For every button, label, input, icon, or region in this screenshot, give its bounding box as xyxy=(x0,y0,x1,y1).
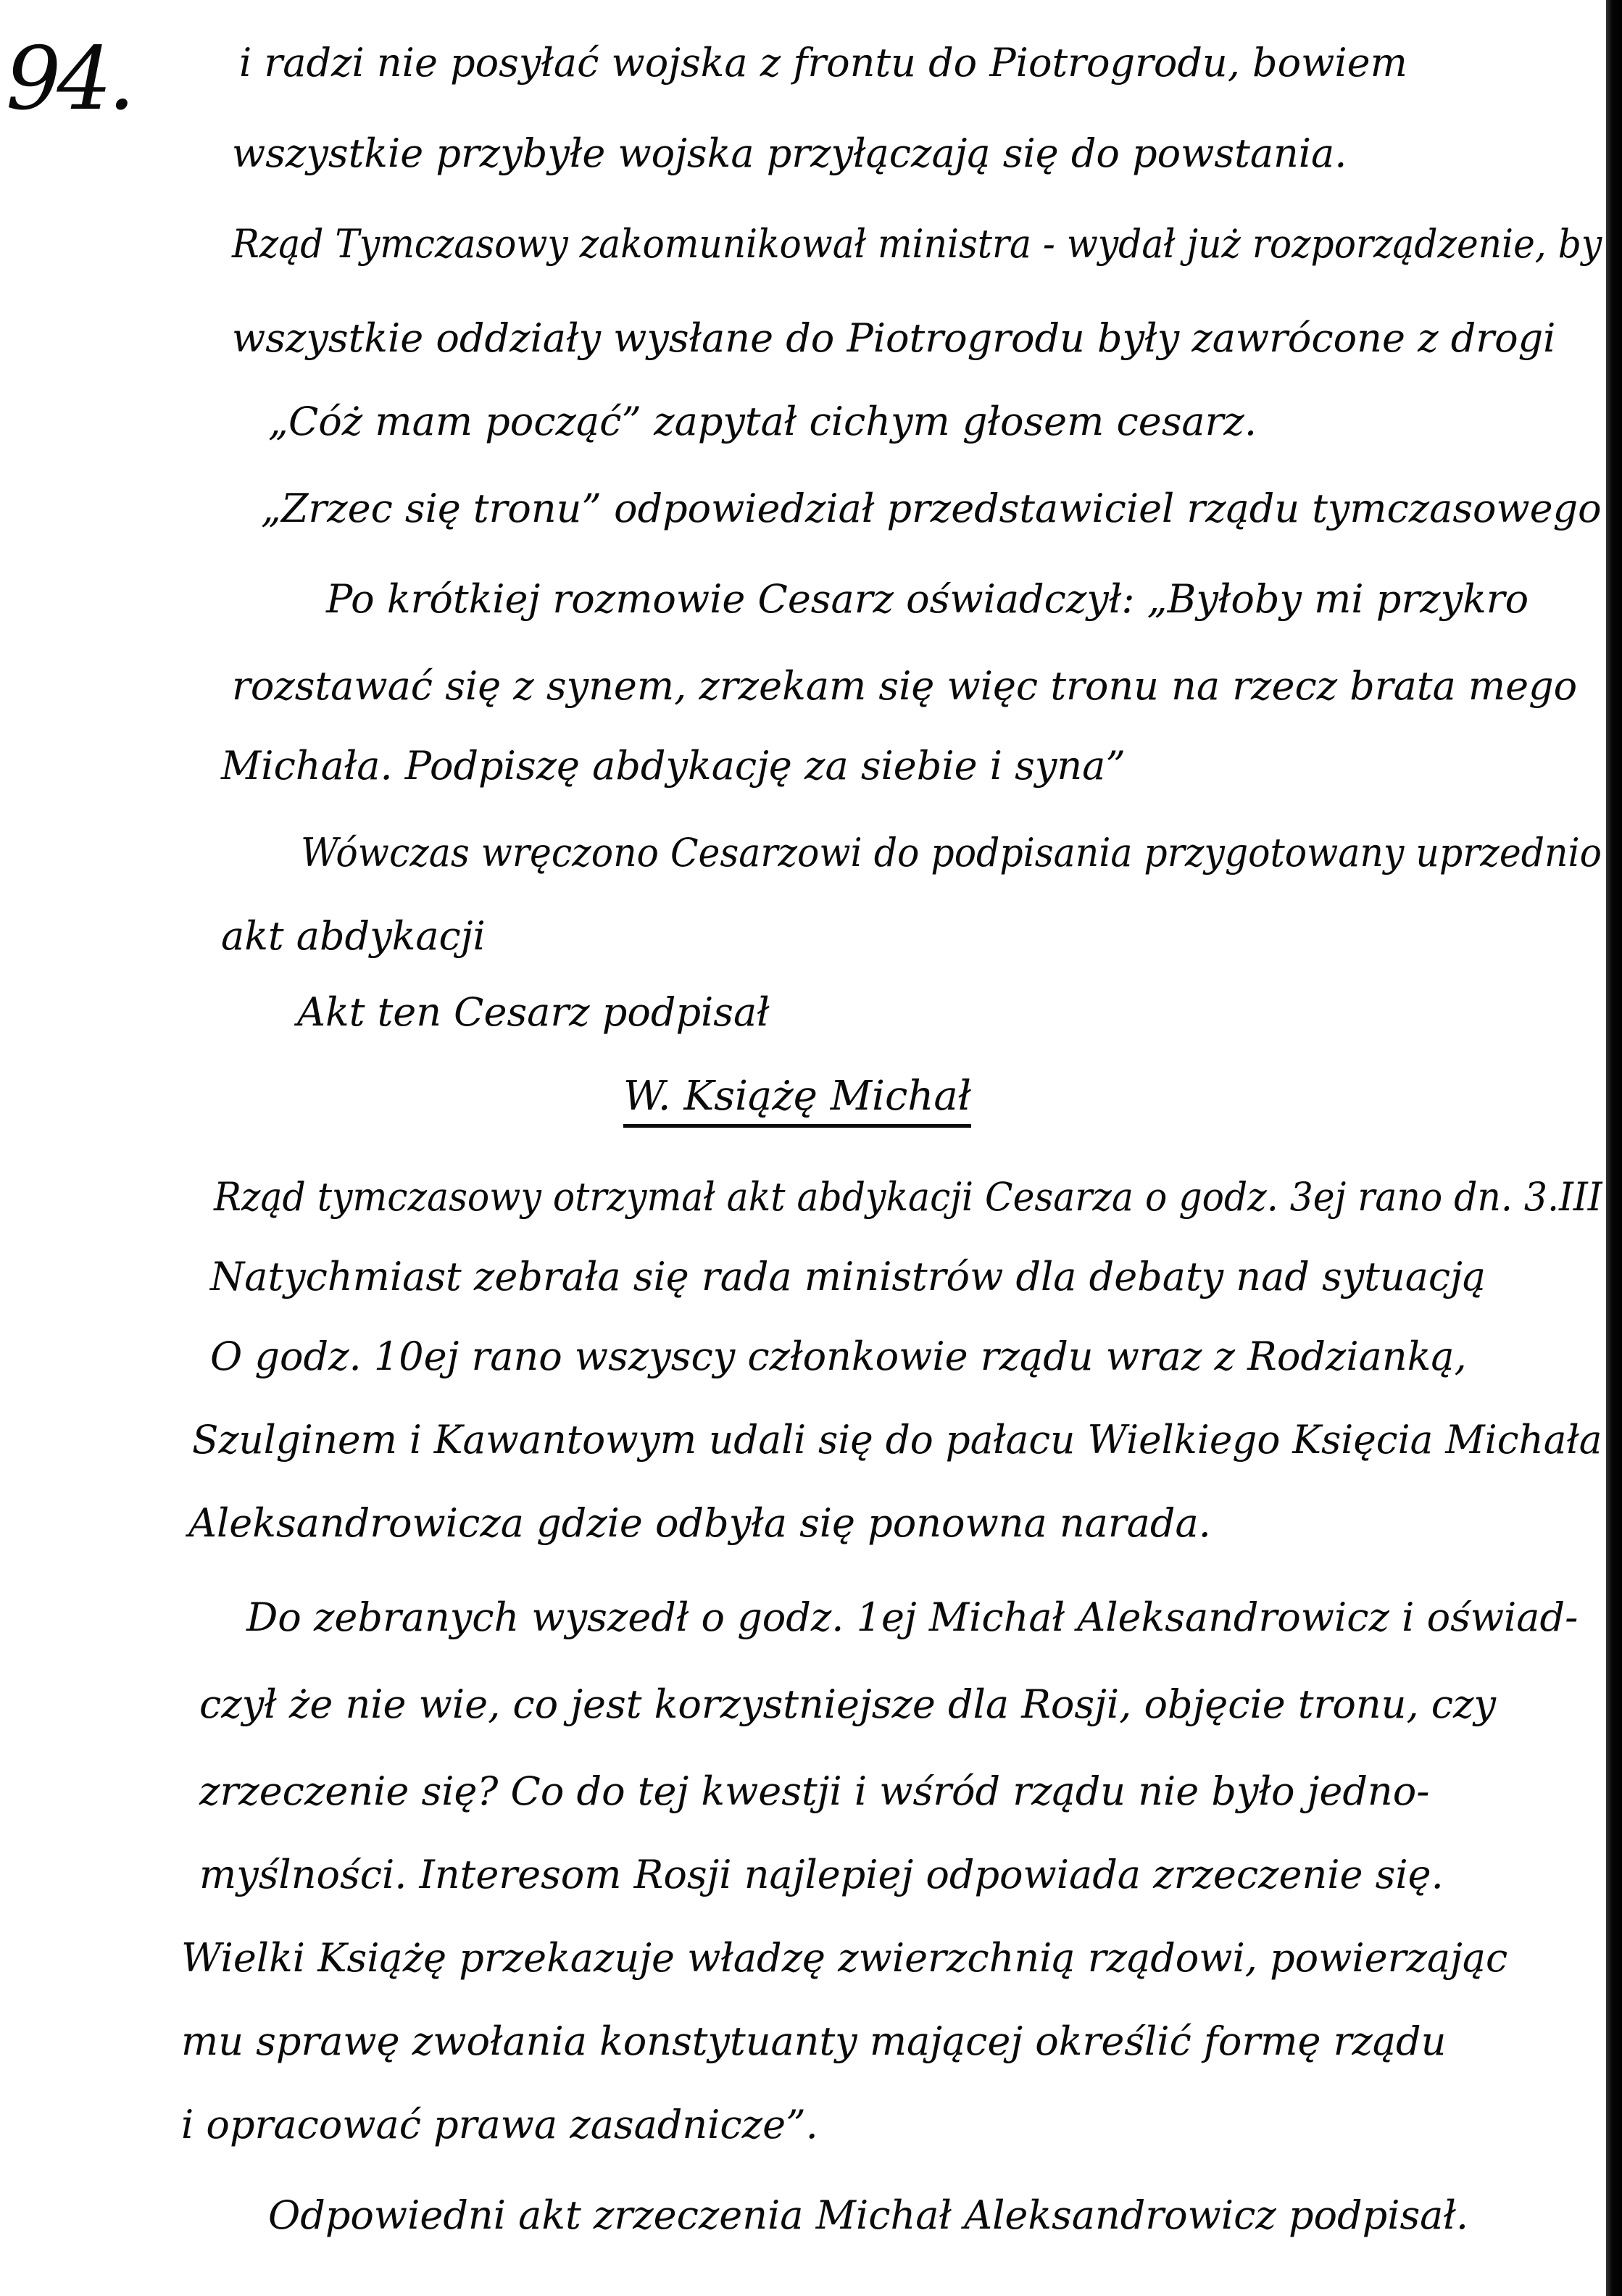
text-line: akt abdykacji xyxy=(221,917,486,956)
text-line: Po krótkiej rozmowie Cesarz oświadczył: … xyxy=(326,580,1529,619)
page-binding-edge xyxy=(1606,0,1622,2296)
text-line: Wówczas wręczono Cesarzowi do podpisania… xyxy=(301,833,1602,873)
text-line: Szulginem i Kawantowym udali się do pała… xyxy=(192,1421,1602,1460)
text-line: myślności. Interesom Rosji najlepiej odp… xyxy=(199,1855,1444,1894)
section-heading: W. Książę Michał xyxy=(623,1073,971,1128)
text-line: wszystkie oddziały wysłane do Piotrogrod… xyxy=(232,319,1555,358)
text-line: „Cóż mam począć” zapytał cichym głosem c… xyxy=(268,402,1257,441)
text-line: wszystkie przybyłe wojska przyłączają si… xyxy=(232,134,1347,173)
text-line: i radzi nie posyłać wojska z frontu do P… xyxy=(239,43,1407,83)
page-number: 94. xyxy=(6,36,131,123)
text-line: Do zebranych wyszedł o godz. 1ej Michał … xyxy=(246,1598,1578,1637)
text-line: Michała. Podpiszę abdykację za siebie i … xyxy=(221,746,1126,786)
text-line: Wielki Książę przekazuje władzę zwierzch… xyxy=(181,1939,1507,1978)
text-line: Rząd Tymczasowy zakomunikował ministra -… xyxy=(232,225,1602,264)
text-line: Akt ten Cesarz podpisał xyxy=(297,993,770,1032)
text-line: Odpowiedni akt zrzeczenia Michał Aleksan… xyxy=(268,2196,1468,2235)
text-line: Rząd tymczasowy otrzymał akt abdykacji C… xyxy=(214,1178,1602,1217)
text-line: Natychmiast zebrała się rada ministrów d… xyxy=(210,1257,1486,1297)
text-line: mu sprawę zwołania konstytuanty mającej … xyxy=(181,2022,1446,2061)
text-line: zrzeczenie się? Co do tej kwestji i wśró… xyxy=(199,1772,1429,1811)
text-line: O godz. 10ej rano wszyscy członkowie rzą… xyxy=(210,1337,1467,1376)
text-line: i opracować prawa zasadnicze”. xyxy=(181,2105,818,2145)
text-line: rozstawać się z synem, zrzekam się więc … xyxy=(232,667,1577,706)
text-line: Aleksandrowicza gdzie odbyła się ponowna… xyxy=(188,1504,1211,1543)
text-line: czył że nie wie, co jest korzystniejsze … xyxy=(199,1685,1496,1724)
text-line: „Zrzec się tronu” odpowiedział przedstaw… xyxy=(261,489,1602,528)
manuscript-page: 94. i radzi nie posyłać wojska z frontu … xyxy=(0,0,1622,2296)
